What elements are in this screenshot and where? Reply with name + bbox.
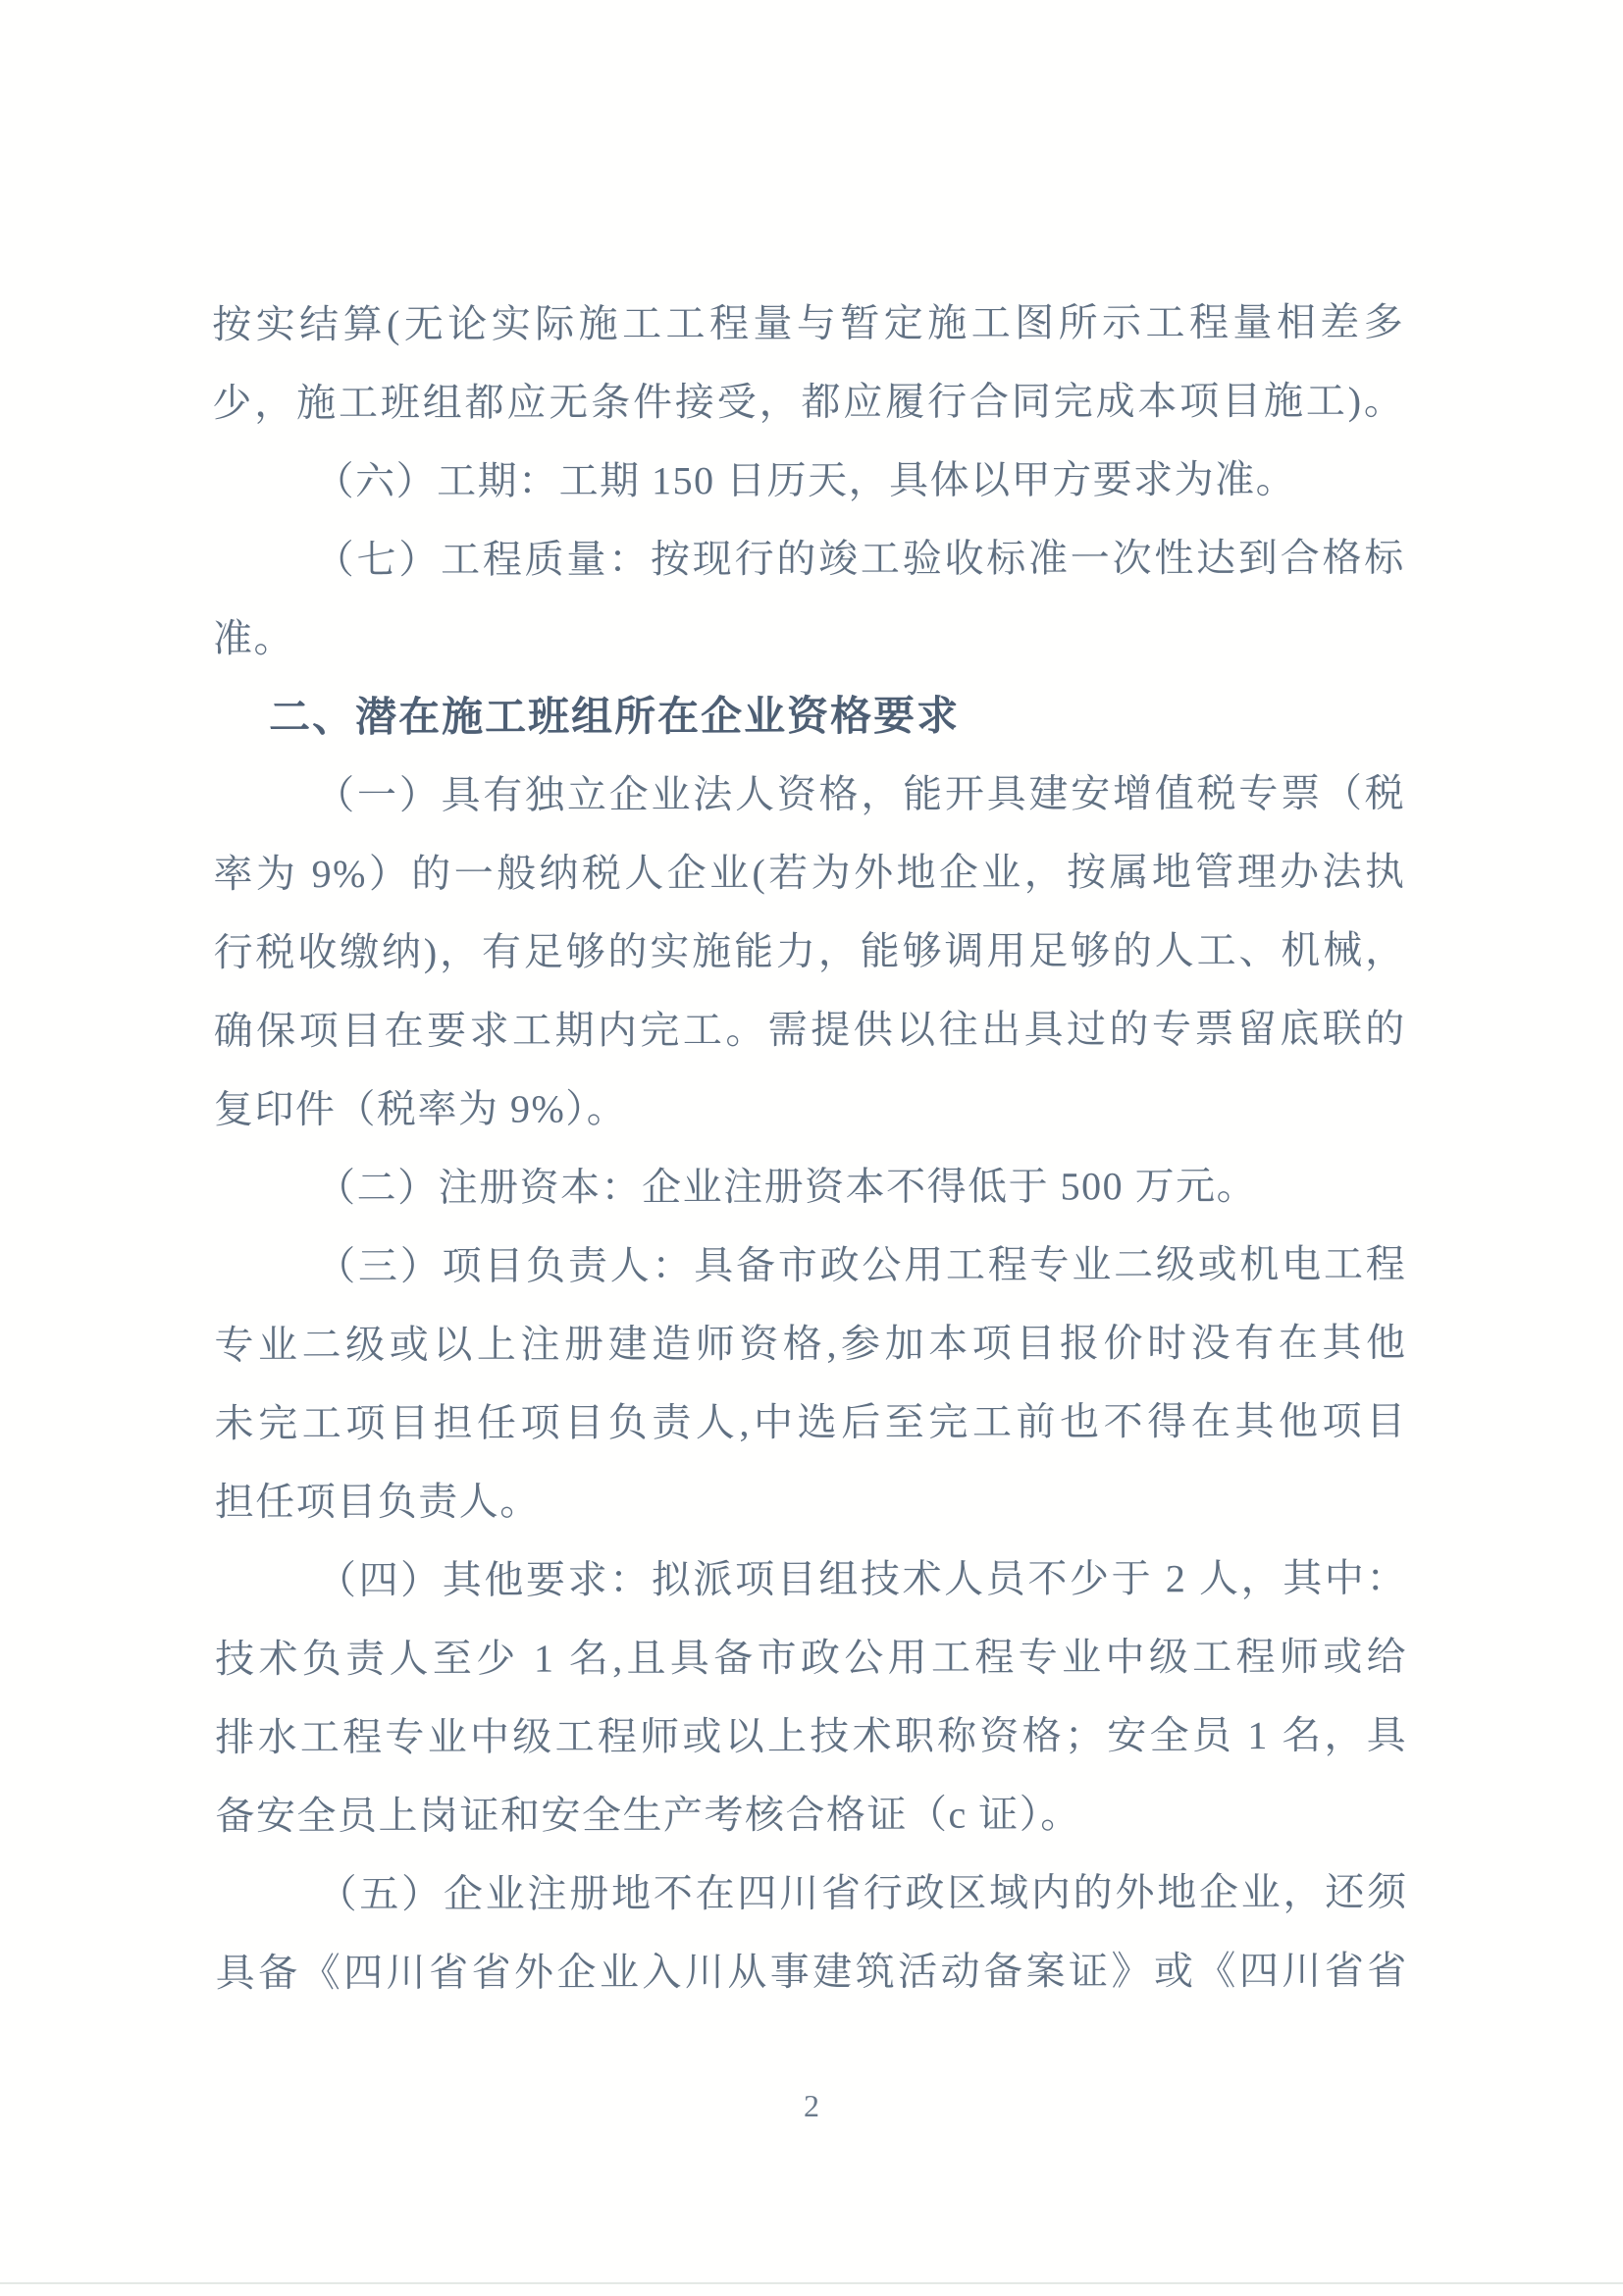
text-line: （七）工程质量：按现行的竣工验收标准一次性达到合格标 bbox=[213, 519, 1405, 600]
text-line: 复印件（税率为 9%）。 bbox=[214, 1069, 1406, 1150]
text-line: （四）其他要求：拟派项目组技术人员不少于 2 人，其中： bbox=[215, 1539, 1407, 1621]
text-lines: 按实结算(无论实际施工工程量与暂定施工图所示工程量相差多少，施工班组都应无条件接… bbox=[212, 284, 1408, 2013]
text-line: 专业二级或以上注册建造师资格,参加本项目报价时没有在其他 bbox=[214, 1304, 1406, 1385]
text-line: 准。 bbox=[213, 598, 1405, 679]
text-line: 未完工项目担任项目负责人,中选后至完工前也不得在其他项目 bbox=[215, 1383, 1407, 1464]
text-line: （二）注册资本：企业注册资本不得低于 500 万元。 bbox=[214, 1147, 1406, 1228]
section-heading: 二、潜在施工班组所在企业资格要求 bbox=[213, 676, 1405, 757]
text-line: 率为 9%）的一般纳税人企业(若为外地企业，按属地管理办法执 bbox=[213, 833, 1405, 914]
text-line: 排水工程专业中级工程师或以上技术职称资格；安全员 1 名，具 bbox=[215, 1696, 1407, 1778]
text-line: 技术负责人至少 1 名,且具备市政公用工程专业中级工程师或给 bbox=[215, 1618, 1407, 1699]
scanned-document-page: 按实结算(无论实际施工工程量与暂定施工图所示工程量相差多少，施工班组都应无条件接… bbox=[0, 0, 1623, 2296]
text-line: （六）工期：工期 150 日历天，具体以甲方要求为准。 bbox=[212, 441, 1404, 522]
text-line: 行税收缴纳)，有足够的实施能力，能够调用足够的人工、机械， bbox=[213, 912, 1405, 993]
scan-artifact-line bbox=[0, 2282, 1623, 2284]
text-line: 确保项目在要求工期内完工。需提供以往出具过的专票留底联的 bbox=[214, 990, 1406, 1071]
page-number: 2 bbox=[0, 2088, 1623, 2124]
text-line: （五）企业注册地不在四川省行政区域内的外地企业，还须 bbox=[216, 1853, 1408, 1935]
text-line: 担任项目负责人。 bbox=[215, 1461, 1407, 1542]
text-line: 按实结算(无论实际施工工程量与暂定施工图所示工程量相差多 bbox=[212, 284, 1404, 365]
text-line: （一）具有独立企业法人资格，能开具建安增值税专票（税 bbox=[213, 755, 1405, 836]
text-line: 具备《四川省省外企业入川从事建筑活动备案证》或《四川省省 bbox=[216, 1932, 1408, 2013]
text-line: 少，施工班组都应无条件接受，都应履行合同完成本项目施工)。 bbox=[212, 362, 1404, 444]
text-line: 备安全员上岗证和安全生产考核合格证（c 证）。 bbox=[215, 1775, 1407, 1856]
text-line: （三）项目负责人：具备市政公用工程专业二级或机电工程 bbox=[214, 1226, 1406, 1307]
